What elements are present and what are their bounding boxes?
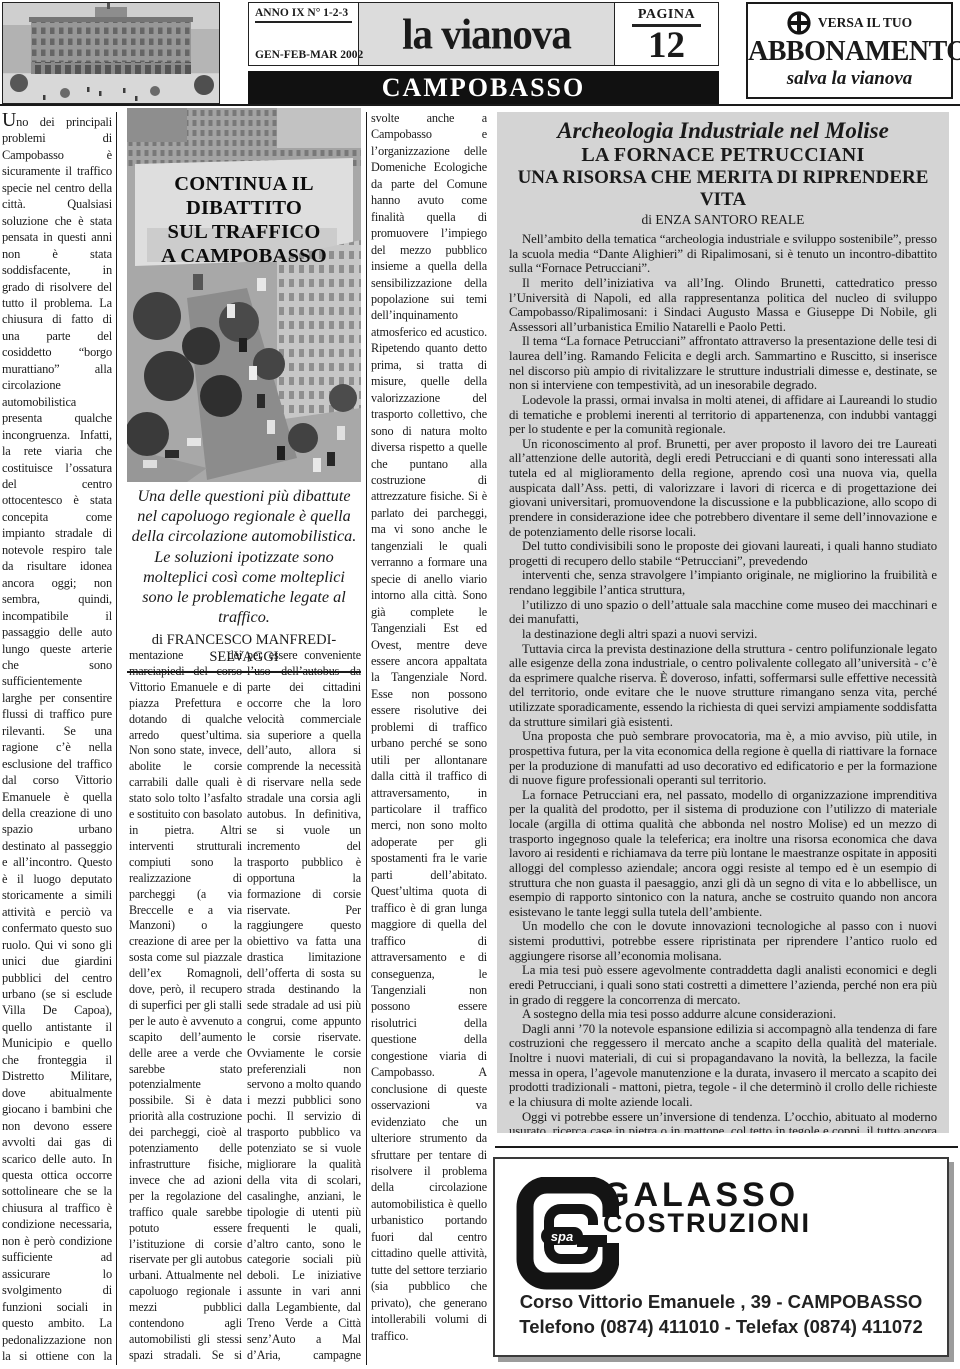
piazza-photo-art <box>127 108 361 482</box>
traffic-standfirst: Una delle questioni più dibattute nel ca… <box>127 486 361 627</box>
fornace-body: Nell’ambito della tematica “archeologia … <box>509 232 937 1133</box>
fornace-paragraph: Nell’ambito della tematica “archeologia … <box>509 232 937 276</box>
fornace-kicker: Archeologia Industriale nel Molise <box>509 118 937 144</box>
svg-text:spa: spa <box>551 1229 573 1244</box>
headline-line-1: CONTINUA IL DIBATTITO <box>127 172 361 220</box>
fornace-byline: di ENZA SANTORO REALE <box>509 211 937 228</box>
palazzo-photo-art <box>3 3 219 103</box>
galasso-brand: GALASSO COSTRUZIONI <box>603 1179 811 1237</box>
column-divider <box>366 112 367 1365</box>
subscription-box: VERSA IL TUO ABBONAMENTO salva la vianov… <box>746 2 953 99</box>
fornace-paragraph: Una proposta che può sembrare provocator… <box>509 729 937 788</box>
fornace-paragraph: l’utilizzo di uno spazio o dell’attuale … <box>509 598 937 627</box>
fornace-paragraph: La mia tesi può essere agevolmente contr… <box>509 963 937 1007</box>
galasso-address: Corso Vittorio Emanuele , 39 - CAMPOBASS… <box>495 1289 947 1339</box>
header-rule <box>0 104 960 106</box>
galasso-ad: spa GALASSO COSTRUZIONI Corso Vittorio E… <box>493 1157 949 1357</box>
fornace-paragraph: la destinazione degli altri spazi a nuov… <box>509 627 937 642</box>
fornace-paragraph: A sostegno della mia tesi posso addurre … <box>509 1007 937 1022</box>
fornace-paragraph: Il merito dell’iniziativa va all’Ing. Ol… <box>509 276 937 335</box>
fornace-paragraph: Del tutto condivisibili sono le proposte… <box>509 539 937 568</box>
fornace-paragraph: Tuttavia circa la prevista destinazione … <box>509 642 937 730</box>
galasso-phone: Telefono (0874) 411010 - Telefax (0874) … <box>495 1314 947 1339</box>
fornace-paragraph: interventi che, senza stravolgere l’impi… <box>509 568 937 597</box>
traffic-headline: CONTINUA IL DIBATTITO SUL TRAFFICO A CAM… <box>127 172 361 268</box>
page-label: PAGINA <box>632 7 701 27</box>
fornace-paragraph: Un riconoscimento al prof. Brunetti, per… <box>509 437 937 539</box>
newspaper-page: ANNO IX N° 1-2-3 GEN-FEB-MAR 2002 la via… <box>0 0 960 1369</box>
fornace-paragraph: Lodevole la prassi, ormai invalsa in mol… <box>509 393 937 437</box>
fornace-paragraph: Oggi vi potrebbe essere un’inversione di… <box>509 1110 937 1134</box>
ad-separator-rule <box>495 1146 958 1148</box>
subscribe-line1: VERSA IL TUO <box>818 15 912 31</box>
cross-circle-icon <box>787 11 811 35</box>
headline-line-3: A CAMPOBASSO <box>127 244 361 268</box>
fornace-subtitle: UNA RISORSA CHE MERITA DI RIPRENDERE VIT… <box>509 167 937 211</box>
fornace-paragraph: La fornace Petrucciani era, nel passato,… <box>509 788 937 920</box>
traffic-article-column-1: Uno dei principali problemi di Campobass… <box>2 112 112 1365</box>
fornace-paragraph: Un modello che con le dovute innovazioni… <box>509 919 937 963</box>
issue-number: ANNO IX N° 1-2-3 <box>255 7 352 23</box>
traffic-article-column-4: svolte anche a Campobasso e l’organizzaz… <box>371 110 487 1366</box>
headline-line-2: SUL TRAFFICO <box>127 220 361 244</box>
traffic-article-column-2: mentazione dei marciapiedi del corso Vit… <box>129 648 242 1366</box>
section-title: CAMPOBASSO <box>248 71 719 104</box>
page-indicator: PAGINA 12 <box>614 3 718 65</box>
palazzo-photo <box>2 2 220 104</box>
issue-meta: ANNO IX N° 1-2-3 GEN-FEB-MAR 2002 <box>249 3 359 65</box>
fornace-article: Archeologia Industriale nel Molise LA FO… <box>497 112 949 1133</box>
fornace-paragraph: Il tema “La fornace Petrucciani” affront… <box>509 334 937 393</box>
galasso-street: Corso Vittorio Emanuele , 39 - CAMPOBASS… <box>495 1289 947 1314</box>
masthead-logo: la vianova <box>402 9 571 59</box>
masthead-row: ANNO IX N° 1-2-3 GEN-FEB-MAR 2002 la via… <box>248 2 719 66</box>
issue-date: GEN-FEB-MAR 2002 <box>255 49 363 61</box>
fornace-title: LA FORNACE PETRUCCIANI <box>509 144 937 167</box>
masthead-panel: la vianova <box>359 3 614 65</box>
traffic-standfirst-block: Una delle questioni più dibattute nel ca… <box>127 486 361 673</box>
galasso-brand-line1: GALASSO <box>603 1179 811 1211</box>
subscribe-line2: ABBONAMENTO <box>748 37 951 67</box>
fornace-paragraph: Dagli anni ’70 la notevole espansione ed… <box>509 1022 937 1110</box>
column-divider <box>116 112 117 1365</box>
page-number: 12 <box>615 27 718 65</box>
traffic-article-column-3: per essere conveniente l’uso dell’autobu… <box>247 648 361 1366</box>
piazza-aerial-photo: CONTINUA IL DIBATTITO SUL TRAFFICO A CAM… <box>127 108 361 482</box>
galasso-brand-line2: COSTRUZIONI <box>603 1211 811 1237</box>
subscribe-line3: salva la vianova <box>748 68 951 90</box>
masthead-block: ANNO IX N° 1-2-3 GEN-FEB-MAR 2002 la via… <box>248 2 719 102</box>
